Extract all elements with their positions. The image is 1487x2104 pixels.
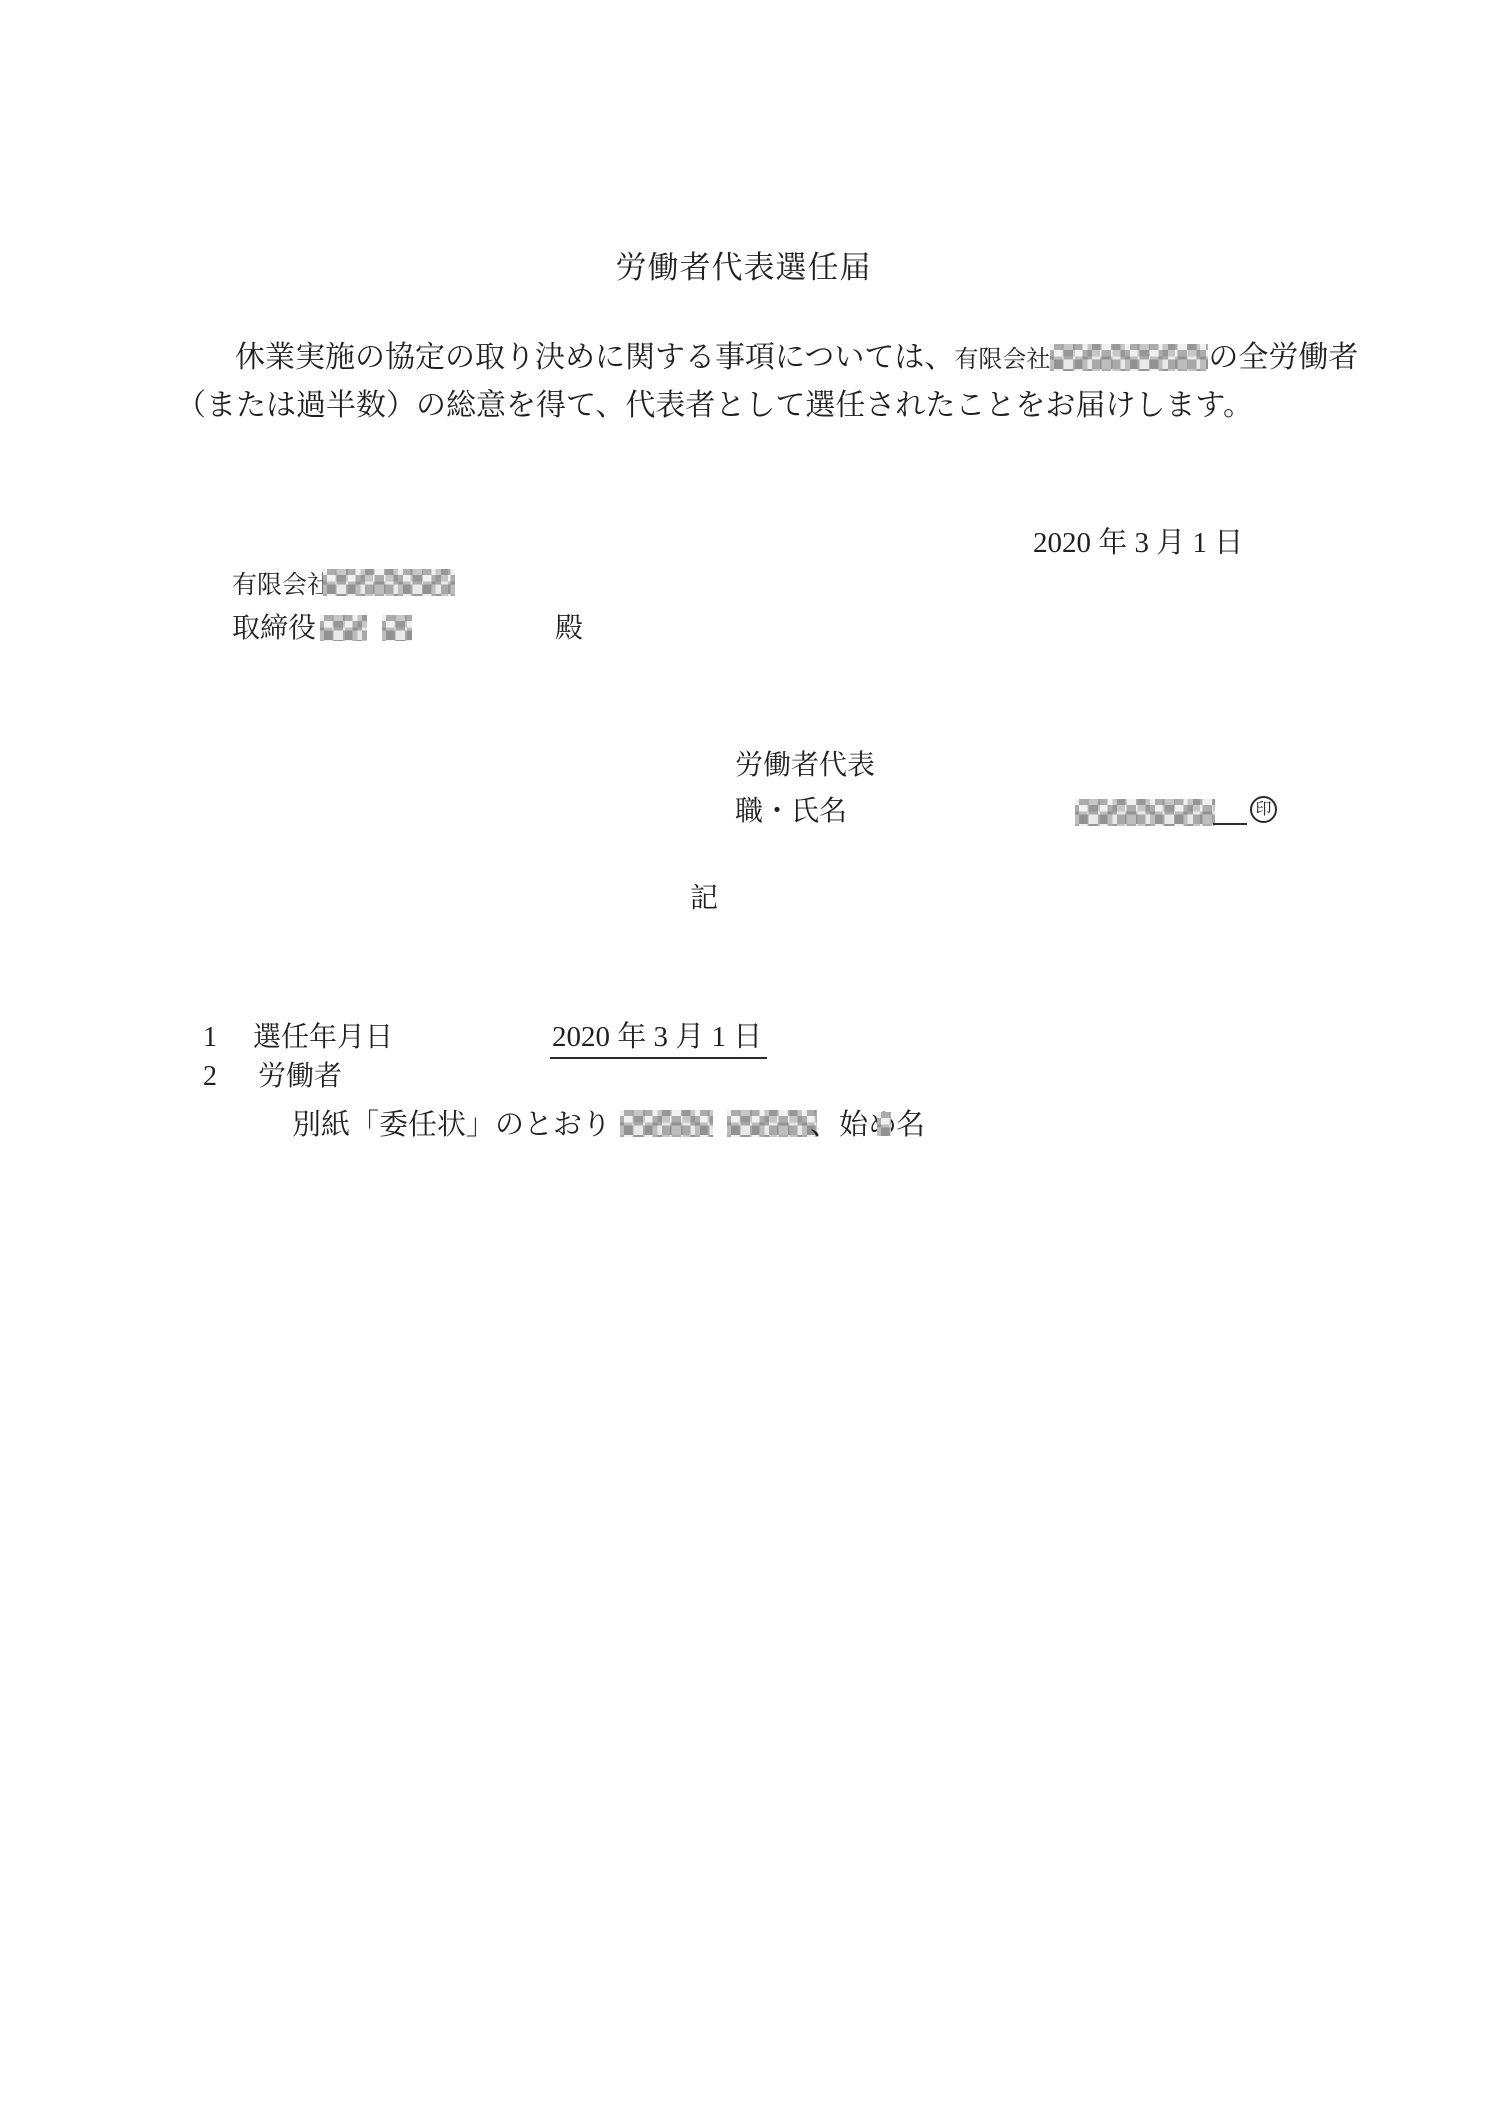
redacted-director-family-name	[320, 615, 367, 641]
item-2-number: 2	[203, 1061, 217, 1093]
item-1-number: 1	[203, 1022, 217, 1054]
recipient-honorific: 殿	[555, 613, 583, 645]
recipient-company-label: 有限会社	[232, 572, 332, 601]
representative-heading: 労働者代表	[735, 750, 875, 782]
item-1-value: 2020 年 3 月 1 日	[550, 1021, 767, 1059]
redacted-worker-family-name	[620, 1110, 713, 1137]
redacted-worker-given-name	[727, 1110, 817, 1137]
recipient-company-line: 有限会社	[0, 569, 1487, 601]
recipient-director-line: 取締役 殿	[0, 612, 1487, 644]
seal-mark-icon: 印	[1250, 796, 1277, 823]
item-2-label: 労働者	[258, 1061, 342, 1093]
intro-line-1: 休業実施の協定の取り決めに関する事項については、有限会社の全労働者	[235, 341, 1358, 376]
item-1-line: 1 選任年月日 2020 年 3 月 1 日	[0, 1020, 1487, 1060]
item-1-label: 選任年月日	[253, 1022, 393, 1054]
intro-line1-text: 休業実施の協定の取り決めに関する事項については、	[235, 341, 954, 374]
redacted-representative-name	[1075, 799, 1215, 826]
redacted-director-given-name	[382, 615, 412, 641]
intro-company-label: 有限会社	[954, 347, 1050, 373]
section-marker: 記	[690, 883, 718, 915]
intro-line1-suffix: の全労働者	[1208, 341, 1358, 374]
representative-name-row: 職・氏名 印	[0, 795, 1487, 829]
intro-line-2: （または過半数）の総意を得て、代表者として選任されたことをお届けします。	[176, 389, 1253, 424]
document-page: 労働者代表選任届 休業実施の協定の取り決めに関する事項については、有限会社の全労…	[0, 0, 1487, 2104]
signature-underline	[1213, 799, 1247, 825]
document-title: 労働者代表選任届	[0, 250, 1487, 286]
redacted-company-name	[1050, 344, 1208, 371]
redacted-recipient-company-name	[323, 569, 455, 596]
item-2-detail-line: 別紙「委任状」のとおり 、始め 名	[0, 1107, 1487, 1147]
item-2-detail-suffix: 名	[896, 1109, 925, 1142]
recipient-title-label: 取締役	[232, 613, 316, 645]
item-2-line: 2 労働者	[0, 1059, 1487, 1099]
representative-name-label: 職・氏名	[735, 796, 847, 828]
date-line: 2020 年 3 月 1 日	[1033, 527, 1243, 560]
redacted-worker-count	[877, 1112, 891, 1136]
item-2-detail-prefix: 別紙「委任状」のとおり	[292, 1109, 611, 1142]
